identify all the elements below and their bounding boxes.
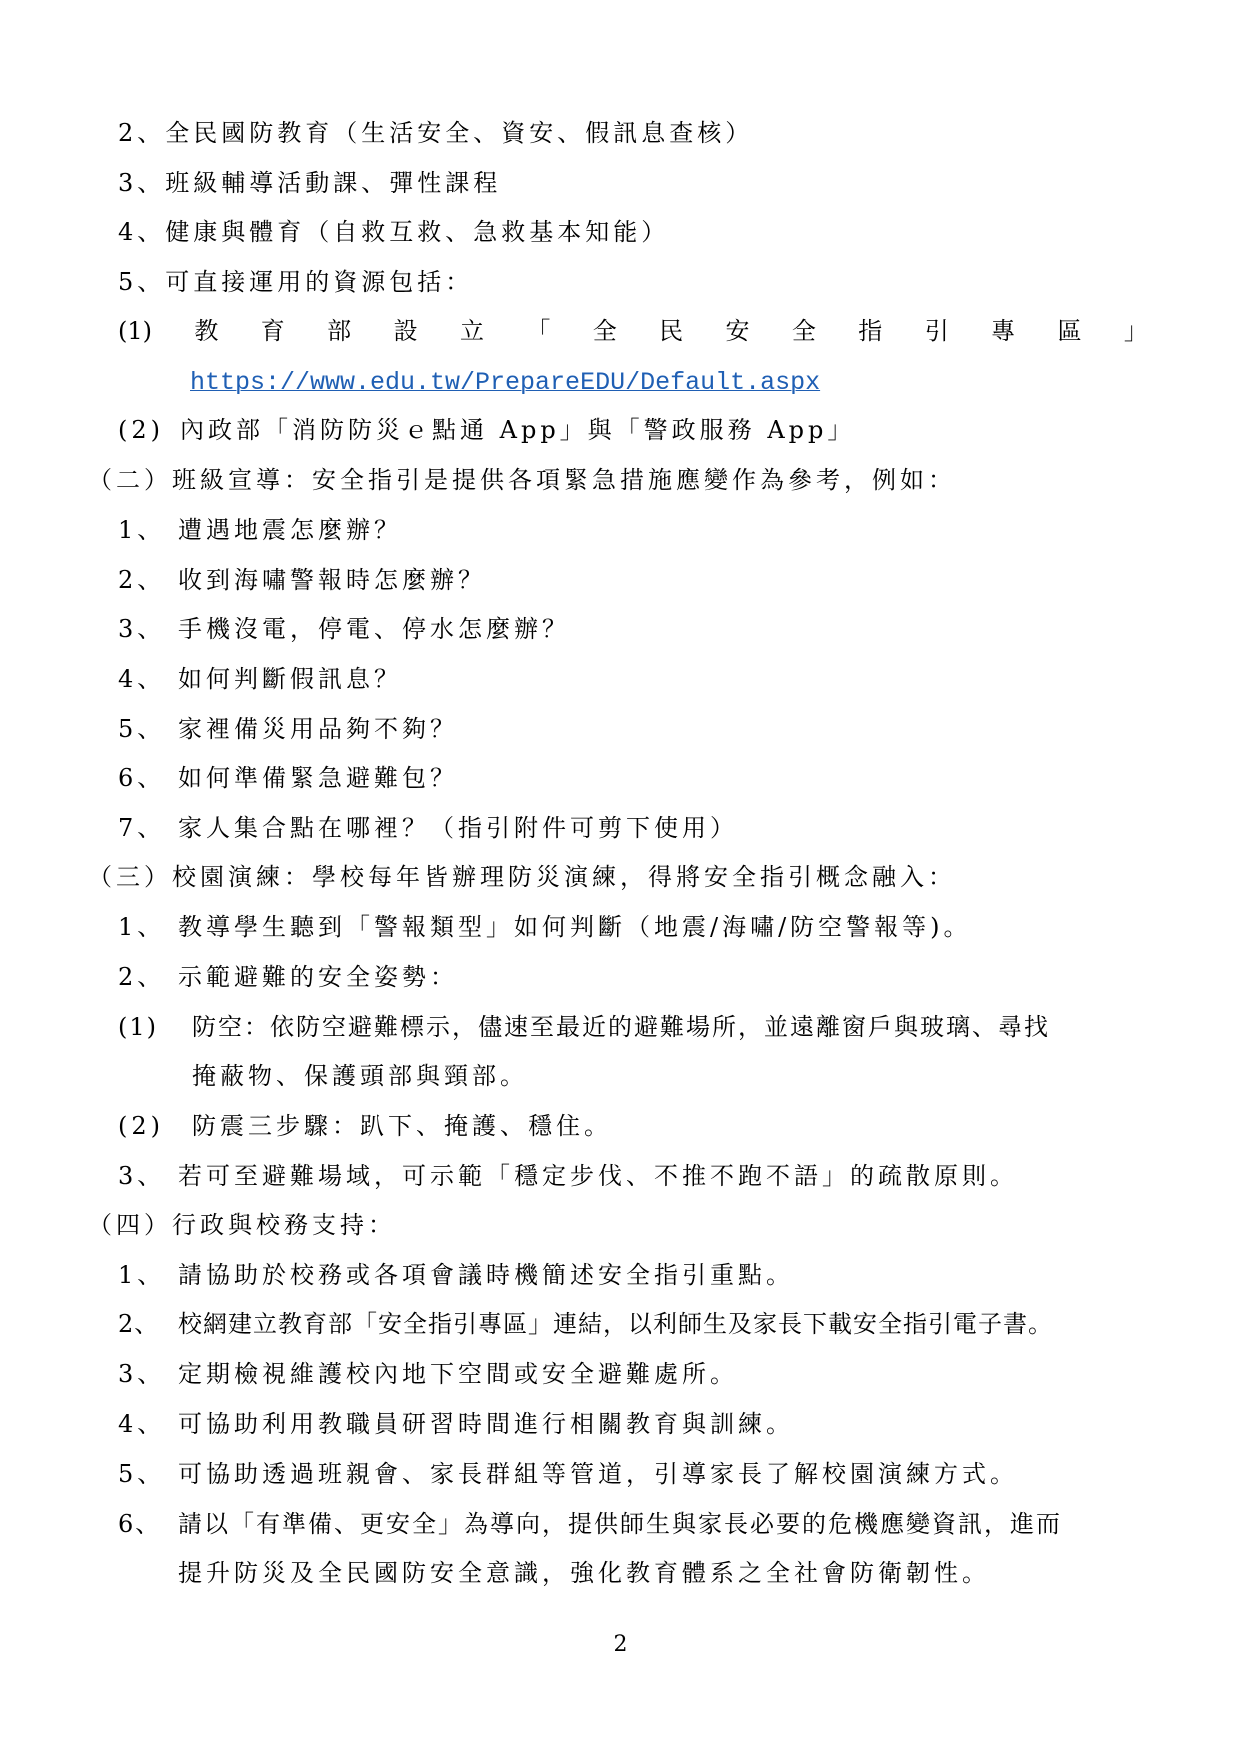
item-marker: 6、 bbox=[118, 1509, 178, 1539]
char: 設 bbox=[394, 316, 418, 346]
item-text: 請以「有準備、更安全」為導向，提供師生與家長必要的危機應變資訊，進而 bbox=[178, 1510, 1062, 1538]
list-item: 5、可協助透過班親會、家長群組等管道，引導家長了解校園演練方式。 bbox=[118, 1459, 1018, 1489]
item-marker: 6、 bbox=[118, 763, 178, 793]
sub-list-item-continuation: 掩蔽物、保護頭部與頸部。 bbox=[192, 1061, 528, 1091]
list-item: 6、如何準備緊急避難包？ bbox=[118, 763, 458, 793]
list-item: 2、收到海嘯警報時怎麼辦？ bbox=[118, 565, 486, 595]
item-marker: 4、 bbox=[118, 217, 165, 247]
list-item: 5、家裡備災用品夠不夠？ bbox=[118, 714, 458, 744]
list-item: 2、全民國防教育（生活安全、資安、假訊息查核） bbox=[118, 118, 753, 148]
list-item: 3、班級輔導活動課、彈性課程 bbox=[118, 168, 501, 198]
list-item: 2、校網建立教育部「安全指引專區」連結，以利師生及家長下載安全指引電子書。 bbox=[118, 1309, 1053, 1339]
item-marker: 2、 bbox=[118, 962, 178, 992]
char: 指 bbox=[858, 316, 882, 346]
item-text: 定期檢視維護校內地下空間或安全避難處所。 bbox=[178, 1360, 738, 1388]
item-text: 全民國防教育（生活安全、資安、假訊息查核） bbox=[165, 119, 753, 147]
item-marker: 1、 bbox=[118, 912, 178, 942]
char: 民 bbox=[659, 316, 683, 346]
item-text: 內政部「消防防災ｅ點通 App」與「警政服務 App」 bbox=[180, 416, 855, 444]
list-item: 7、家人集合點在哪裡？（指引附件可剪下使用） bbox=[118, 813, 738, 843]
item-text: 健康與體育（自救互救、急救基本知能） bbox=[165, 218, 669, 246]
item-text: 班級輔導活動課、彈性課程 bbox=[165, 169, 501, 197]
char: 專 bbox=[991, 316, 1015, 346]
item-text: 手機沒電，停電、停水怎麼辦？ bbox=[178, 615, 570, 643]
resource-item-2: (2)內政部「消防防災ｅ點通 App」與「警政服務 App」 bbox=[118, 415, 855, 445]
char: 區 bbox=[1057, 316, 1081, 346]
prepare-edu-link[interactable]: https://www.edu.tw/PrepareEDU/Default.as… bbox=[190, 368, 820, 397]
item-marker: 2、 bbox=[118, 565, 178, 595]
item-marker: 1、 bbox=[118, 515, 178, 545]
list-item: 3、手機沒電，停電、停水怎麼辦？ bbox=[118, 614, 570, 644]
item-text: 可協助利用教職員研習時間進行相關教育與訓練。 bbox=[178, 1410, 794, 1438]
list-item: 4、健康與體育（自救互救、急救基本知能） bbox=[118, 217, 669, 247]
item-text: 若可至避難場域，可示範「穩定步伐、不推不跑不語」的疏散原則。 bbox=[178, 1162, 1018, 1190]
item-marker: 1、 bbox=[118, 1260, 178, 1290]
item-text: 可協助透過班親會、家長群組等管道，引導家長了解校園演練方式。 bbox=[178, 1460, 1018, 1488]
item-text: 家裡備災用品夠不夠？ bbox=[178, 715, 458, 743]
char: 引 bbox=[925, 316, 949, 346]
char: 全 bbox=[593, 316, 617, 346]
item-text: 防空：依防空避難標示，儘速至最近的避難場所，並遠離窗戶與玻璃、尋找 bbox=[192, 1013, 1050, 1041]
list-item: 6、請以「有準備、更安全」為導向，提供師生與家長必要的危機應變資訊，進而 bbox=[118, 1509, 1062, 1539]
item-marker: 5、 bbox=[118, 1459, 178, 1489]
item-marker: 5、 bbox=[118, 267, 165, 297]
resource-item-1: (1) 教 育 部 設 立 「 全 民 安 全 指 引 專 區 」 bbox=[118, 316, 1148, 346]
page-number: 2 bbox=[0, 1631, 1241, 1659]
item-text: 校網建立教育部「安全指引專區」連結，以利師生及家長下載安全指引電子書。 bbox=[178, 1310, 1053, 1338]
list-item: 4、可協助利用教職員研習時間進行相關教育與訓練。 bbox=[118, 1409, 794, 1439]
item-marker: 5、 bbox=[118, 714, 178, 744]
item-marker: 2、 bbox=[118, 1309, 178, 1339]
item-marker: (1) bbox=[118, 1012, 192, 1042]
list-item: 1、教導學生聽到「警報類型」如何判斷（地震/海嘯/防空警報等)。 bbox=[118, 912, 972, 942]
list-item-continuation: 提升防災及全民國防安全意識，強化教育體系之全社會防衛韌性。 bbox=[178, 1558, 990, 1588]
item-text: 示範避難的安全姿勢： bbox=[178, 963, 458, 991]
list-item: 4、如何判斷假訊息？ bbox=[118, 664, 402, 694]
item-marker: 3、 bbox=[118, 1359, 178, 1389]
item-marker: (1) bbox=[118, 316, 152, 346]
section-heading: （二）班級宣導：安全指引是提供各項緊急措施應變作為參考，例如： bbox=[88, 465, 956, 495]
item-text: 如何準備緊急避難包？ bbox=[178, 764, 458, 792]
item-marker: 2、 bbox=[118, 118, 165, 148]
sub-list-item: (2)防震三步驟：趴下、掩護、穩住。 bbox=[118, 1111, 612, 1141]
item-text: 收到海嘯警報時怎麼辦？ bbox=[178, 566, 486, 594]
char: 教 bbox=[194, 316, 218, 346]
item-marker: 4、 bbox=[118, 1409, 178, 1439]
item-marker: (2) bbox=[118, 1111, 192, 1141]
char: 立 bbox=[460, 316, 484, 346]
char: 全 bbox=[792, 316, 816, 346]
sub-list-item: (1)防空：依防空避難標示，儘速至最近的避難場所，並遠離窗戶與玻璃、尋找 bbox=[118, 1012, 1050, 1042]
item-marker: 7、 bbox=[118, 813, 178, 843]
item-text: 家人集合點在哪裡？（指引附件可剪下使用） bbox=[178, 814, 738, 842]
item-marker: 3、 bbox=[118, 614, 178, 644]
item-text: 遭遇地震怎麼辦？ bbox=[178, 516, 402, 544]
item-marker: 4、 bbox=[118, 664, 178, 694]
char: 「 bbox=[526, 316, 550, 346]
list-item: 2、示範避難的安全姿勢： bbox=[118, 962, 458, 992]
char: 安 bbox=[726, 316, 750, 346]
item-text: 可直接運用的資源包括： bbox=[165, 268, 473, 296]
list-item: 1、請協助於校務或各項會議時機簡述安全指引重點。 bbox=[118, 1260, 794, 1290]
section-heading: （四）行政與校務支持： bbox=[88, 1210, 396, 1240]
document-page: 2、全民國防教育（生活安全、資安、假訊息查核） 3、班級輔導活動課、彈性課程 4… bbox=[0, 0, 1241, 1755]
resource-link-line: https://www.edu.tw/PrepareEDU/Default.as… bbox=[190, 366, 820, 398]
list-item: 1、遭遇地震怎麼辦？ bbox=[118, 515, 402, 545]
item-text: 請協助於校務或各項會議時機簡述安全指引重點。 bbox=[178, 1261, 794, 1289]
list-item: 5、可直接運用的資源包括： bbox=[118, 267, 473, 297]
list-item: 3、定期檢視維護校內地下空間或安全避難處所。 bbox=[118, 1359, 738, 1389]
item-text: 防震三步驟：趴下、掩護、穩住。 bbox=[192, 1112, 612, 1140]
char: 」 bbox=[1124, 316, 1148, 346]
list-item: 3、若可至避難場域，可示範「穩定步伐、不推不跑不語」的疏散原則。 bbox=[118, 1161, 1018, 1191]
char: 育 bbox=[261, 316, 285, 346]
item-marker: 3、 bbox=[118, 168, 165, 198]
item-marker: (2) bbox=[118, 415, 180, 445]
section-heading: （三）校園演練：學校每年皆辦理防災演練，得將安全指引概念融入： bbox=[88, 862, 956, 892]
item-marker: 3、 bbox=[118, 1161, 178, 1191]
item-text: 如何判斷假訊息？ bbox=[178, 665, 402, 693]
char: 部 bbox=[327, 316, 351, 346]
item-text: 教導學生聽到「警報類型」如何判斷（地震/海嘯/防空警報等)。 bbox=[178, 913, 972, 941]
